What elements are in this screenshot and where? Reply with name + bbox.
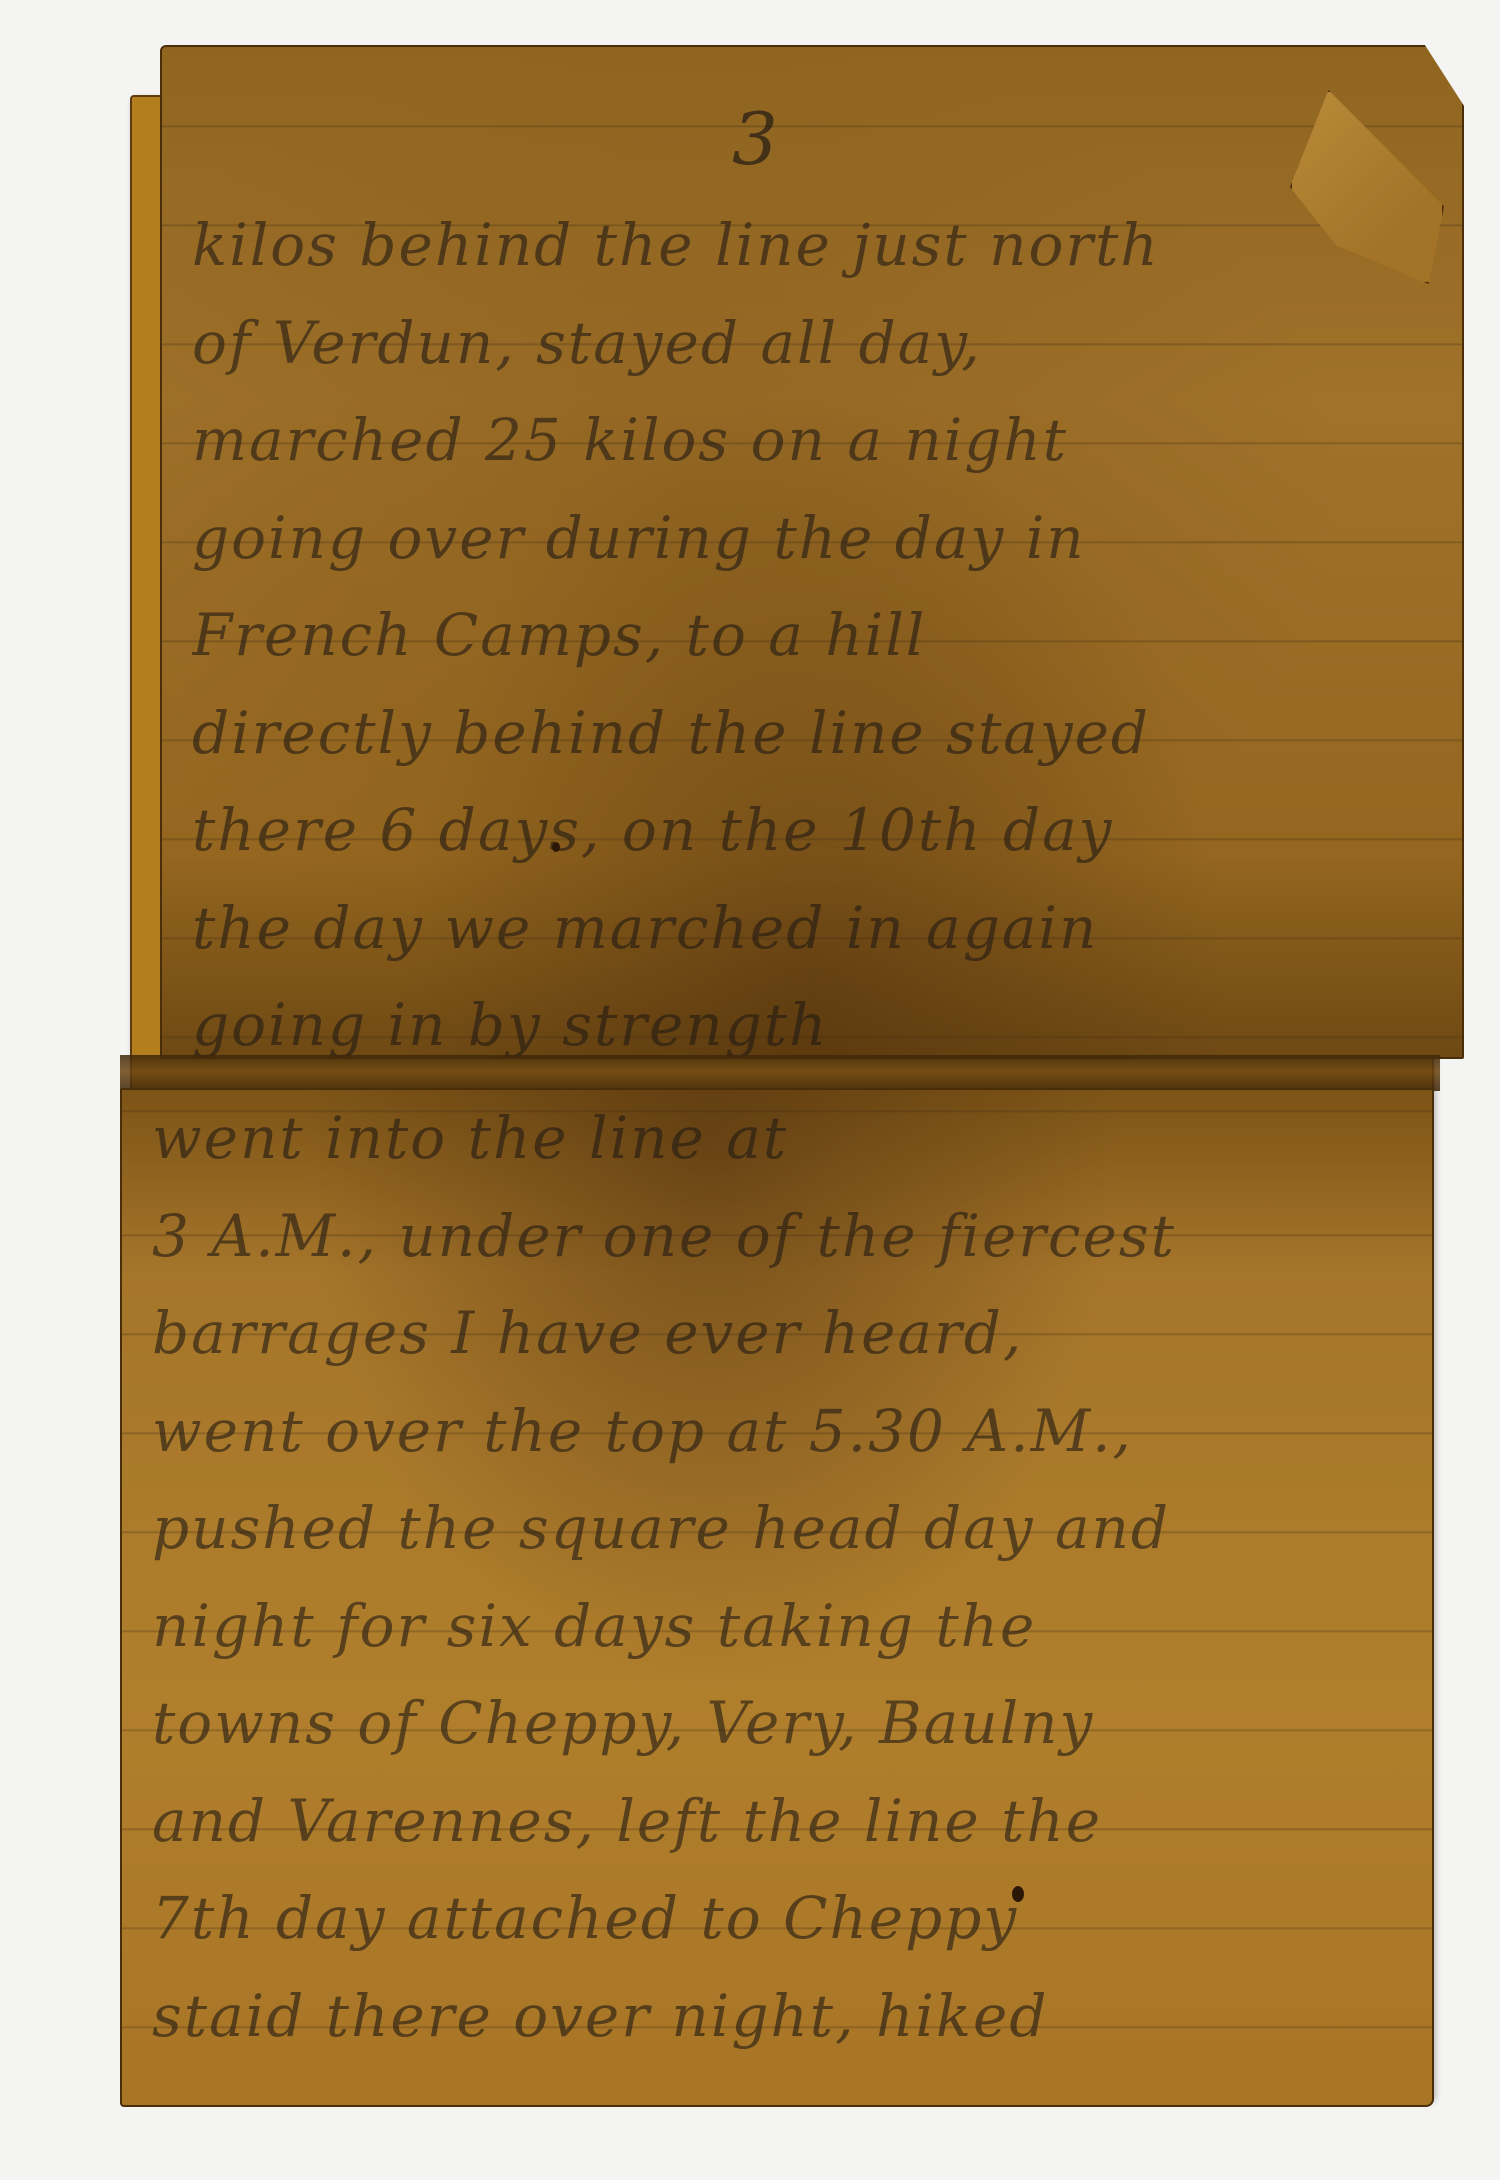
handwritten-text-bottom: went into the line at 3 A.M., under one … — [152, 1090, 1402, 2065]
handwritten-line: towns of Cheppy, Very, Baulny — [152, 1675, 1402, 1773]
handwritten-text-top: kilos behind the line just north of Verd… — [192, 197, 1432, 1075]
page-bottom-half: went into the line at 3 A.M., under one … — [120, 1088, 1434, 2107]
handwritten-line: staid there over night, hiked — [152, 1968, 1402, 2066]
handwritten-line: marched 25 kilos on a night — [192, 392, 1432, 490]
handwritten-line: pushed the square head day and — [152, 1480, 1402, 1578]
ink-spot — [552, 842, 560, 852]
handwritten-line: there 6 days, on the 10th day — [192, 782, 1432, 880]
page-top-half: 3 kilos behind the line just north of Ve… — [160, 45, 1464, 1059]
handwritten-line: went into the line at — [152, 1090, 1402, 1188]
handwritten-line: night for six days taking the — [152, 1578, 1402, 1676]
handwritten-line: the day we marched in again — [192, 880, 1432, 978]
handwritten-line: French Camps, to a hill — [192, 587, 1432, 685]
handwritten-line: went over the top at 5.30 A.M., — [152, 1383, 1402, 1481]
handwritten-line: 3 A.M., under one of the fiercest — [152, 1188, 1402, 1286]
fold-crease — [120, 1055, 1440, 1091]
handwritten-line: kilos behind the line just north — [192, 197, 1432, 295]
handwritten-line: 7th day attached to Cheppy — [152, 1870, 1402, 1968]
scanned-document: 3 kilos behind the line just north of Ve… — [0, 0, 1500, 2180]
handwritten-line: directly behind the line stayed — [192, 685, 1432, 783]
handwritten-line: of Verdun, stayed all day, — [192, 295, 1432, 393]
handwritten-line: barrages I have ever heard, — [152, 1285, 1402, 1383]
page-number: 3 — [732, 97, 778, 181]
handwritten-line: going over during the day in — [192, 490, 1432, 588]
ink-spot — [1012, 1886, 1024, 1902]
handwritten-line: and Varennes, left the line the — [152, 1773, 1402, 1871]
